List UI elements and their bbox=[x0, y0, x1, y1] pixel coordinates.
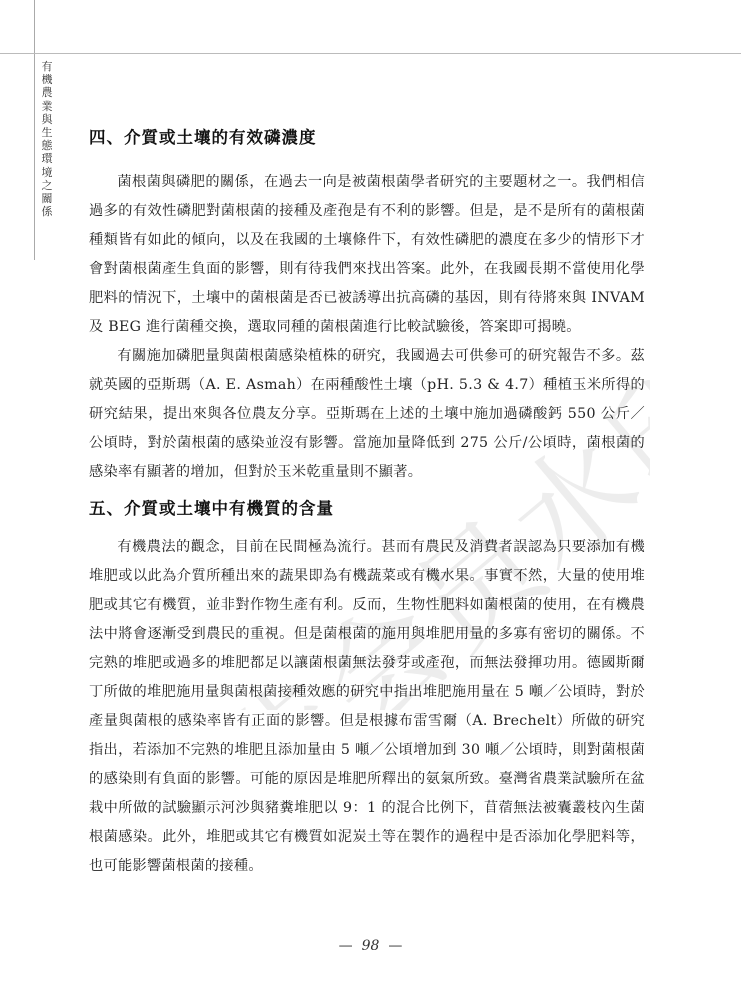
page-body: 四、介質或土壤的有效磷濃度 菌根菌與磷肥的關係，在過去一向是被菌根菌學者研究的主… bbox=[89, 124, 645, 881]
header-horizontal-rule bbox=[0, 53, 741, 54]
paragraph: 菌根菌與磷肥的關係，在過去一向是被菌根菌學者研究的主要題材之一。我們相信過多的有… bbox=[89, 168, 645, 342]
page-number: 98 bbox=[362, 938, 380, 954]
paragraph: 有機農法的觀念，目前在民間極為流行。甚而有農民及消費者誤認為只要添加有機堆肥或以… bbox=[89, 533, 645, 881]
running-side-title: 有機農業與生態環境之關係 bbox=[40, 60, 54, 218]
page-footer: — 98 — bbox=[0, 938, 741, 954]
paragraph: 有關施加磷肥量與菌根菌感染植株的研究，我國過去可供參可的研究報告不多。茲就英國的… bbox=[89, 342, 645, 487]
margin-vertical-rule bbox=[34, 0, 35, 260]
dash-right: — bbox=[388, 938, 402, 954]
dash-left: — bbox=[339, 938, 353, 954]
section-heading-5: 五、介質或土壤中有機質的含量 bbox=[89, 495, 645, 519]
section-heading-4: 四、介質或土壤的有效磷濃度 bbox=[89, 124, 645, 148]
